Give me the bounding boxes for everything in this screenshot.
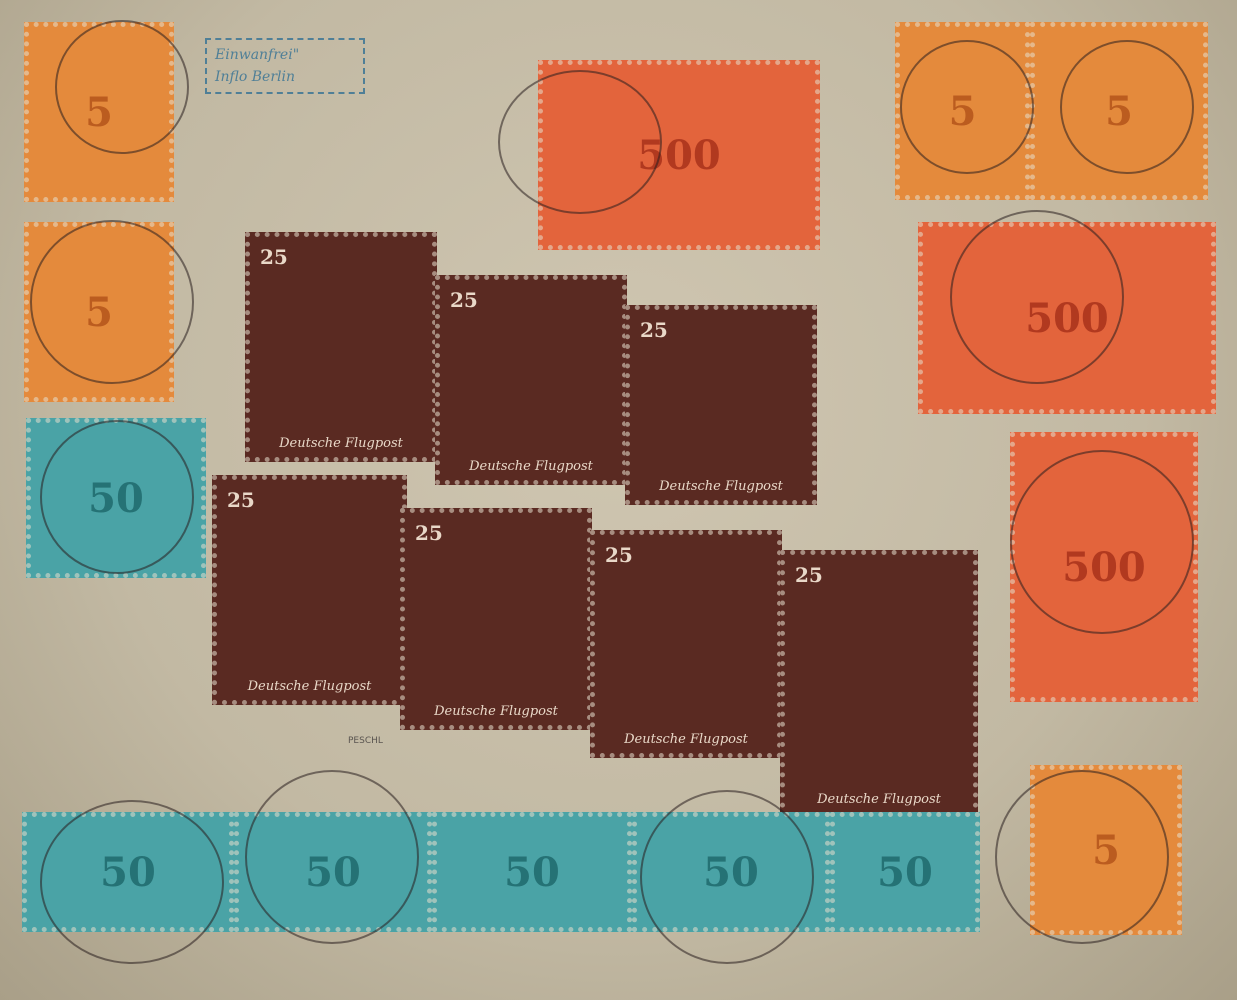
handstamp-line2: Inflo Berlin bbox=[215, 66, 355, 88]
stamp-airmail: 25Deutsche Flugpost bbox=[245, 232, 437, 462]
postmark bbox=[30, 220, 194, 384]
postmark bbox=[55, 20, 189, 154]
stamp-airmail: 25Deutsche Flugpost bbox=[435, 275, 627, 485]
postmark bbox=[40, 420, 194, 574]
postmark bbox=[900, 40, 1034, 174]
postmark bbox=[245, 770, 419, 944]
stamp-airmail: 25Deutsche Flugpost bbox=[780, 550, 978, 818]
stamp-airmail: 25Deutsche Flugpost bbox=[625, 305, 817, 505]
envelope: Einwanfrei" Inflo Berlin 5 5 50 500 5 5 … bbox=[0, 0, 1237, 1000]
stamp-airmail: 25Deutsche Flugpost bbox=[400, 508, 592, 730]
stamp-airmail: 25Deutsche Flugpost bbox=[212, 475, 407, 705]
postmark bbox=[1060, 40, 1194, 174]
stamp-airmail: 25Deutsche Flugpost bbox=[590, 530, 782, 758]
postmark bbox=[40, 800, 224, 964]
printer-imprint: PESCHL bbox=[348, 736, 383, 746]
postmark bbox=[640, 790, 814, 964]
postmark bbox=[498, 70, 662, 214]
postmark bbox=[995, 770, 1169, 944]
stamp-teal: 50 bbox=[432, 812, 632, 932]
handstamp-line1: Einwanfrei" bbox=[215, 44, 355, 66]
stamp-teal: 50 bbox=[830, 812, 980, 932]
boxed-handstamp: Einwanfrei" Inflo Berlin bbox=[205, 38, 365, 94]
postmark bbox=[950, 210, 1124, 384]
postmark bbox=[1010, 450, 1194, 634]
